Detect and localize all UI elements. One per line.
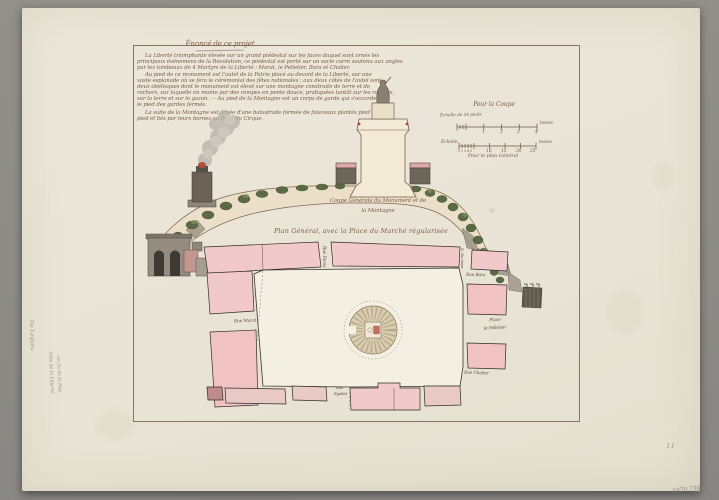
margin-artist-note: De Lequeu (28, 320, 35, 350)
street-label-rue-ste-anne: R. Ste Anne (460, 248, 464, 274)
altar-of-fatherland (188, 162, 216, 207)
project-heading: Énoncé de ce projet (172, 40, 268, 48)
coupe-caption-line2: la Montagne (328, 208, 428, 214)
plan-caption: Plan Général, avec la Place du Marché ré… (256, 227, 466, 235)
street-label-rue-denis: Rue Denis (321, 246, 326, 276)
coupe-caption-line1: Coupe Générale du Monument et de (328, 198, 428, 204)
hatched-structure (522, 284, 542, 308)
liberty-statue (377, 80, 390, 103)
coupe-scale-tick: 3 (517, 130, 520, 135)
artwork-photo: Énoncé de ce projet La Liberté triomphan… (0, 0, 719, 500)
plan-scale-label: Échelle (441, 140, 458, 145)
coupe-scale-tick: 4 (535, 130, 538, 135)
coupe-scale-tick: 2 (500, 130, 503, 135)
street-label-rue-chalier: Rue Chalier (464, 371, 489, 377)
plan-scale-tick: 25 (530, 149, 536, 154)
liberty-pedestal (350, 77, 416, 197)
coupe-scale-tick: 1 (482, 130, 485, 135)
plan-scale-unit: toises (539, 140, 552, 145)
coupe-scale-label: Échelle de 24 pieds (440, 112, 482, 118)
scale-bars-svg (438, 98, 560, 170)
street-label-rue-egalite-line2: Égalité (334, 391, 347, 396)
street-label-rue-egalite-line1: Rue (336, 385, 343, 390)
plan-scale-caption: Pour le plan Général (460, 153, 526, 159)
altar-flame (198, 162, 206, 168)
coupe-scale-unit: toises (540, 121, 553, 126)
street-label-rue-bara: Rue Bara (466, 273, 486, 278)
street-label-rue-marat: Rue Marat (234, 319, 256, 325)
mat-number: 11 (666, 442, 675, 450)
